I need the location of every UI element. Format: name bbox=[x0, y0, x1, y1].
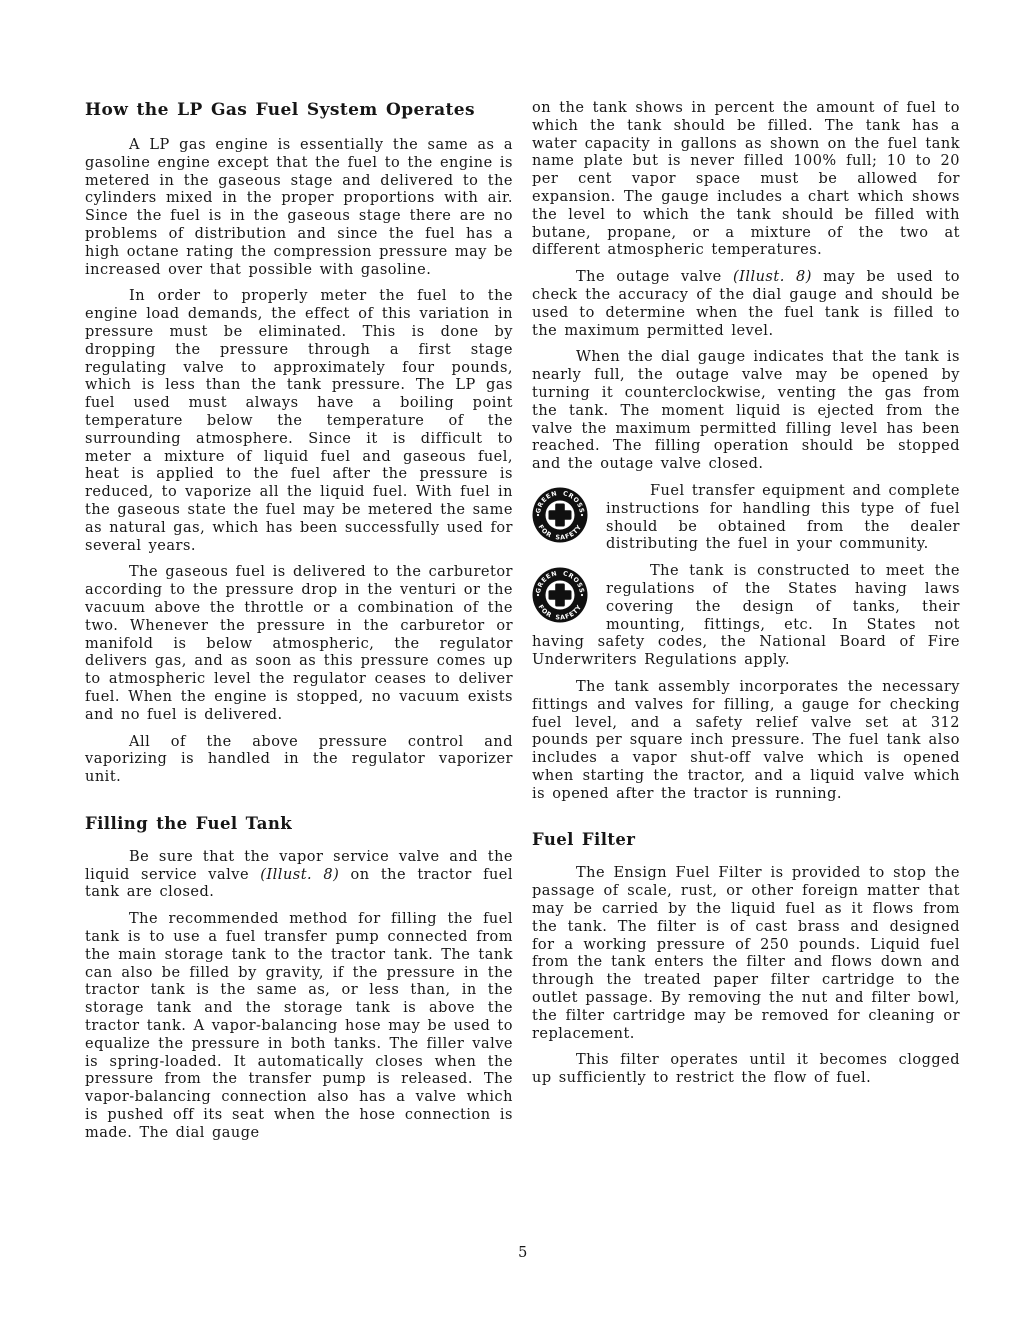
illustration-reference: (Illust. 8) bbox=[733, 269, 812, 285]
paragraph-text: Fuel transfer equipment and complete ins… bbox=[606, 483, 960, 552]
green-cross-safety-icon: GREEN CROSS FOR SAFETY bbox=[532, 487, 588, 543]
left-column: How the LP Gas Fuel System Operates A LP… bbox=[85, 100, 513, 1152]
paragraph-text: The tank is constructed to meet the regu… bbox=[532, 563, 960, 668]
paragraph-lp-engine: A LP gas engine is essentially the same … bbox=[85, 137, 513, 279]
paragraph-dial-gauge-nearly-full: When the dial gauge indicates that the t… bbox=[532, 349, 960, 474]
paragraph-gaseous-fuel-delivery: The gaseous fuel is delivered to the car… bbox=[85, 564, 513, 724]
paragraph-ensign-fuel-filter: The Ensign Fuel Filter is provided to st… bbox=[532, 865, 960, 1043]
manual-page: How the LP Gas Fuel System Operates A LP… bbox=[85, 100, 961, 1152]
illustration-reference: (Illust. 8) bbox=[260, 867, 339, 883]
right-column: on the tank shows in percent the amount … bbox=[532, 100, 960, 1097]
paragraph-regulator-vaporizer: All of the above pressure control and va… bbox=[85, 734, 513, 787]
paragraph-be-sure-valves-closed: Be sure that the vapor service valve and… bbox=[85, 849, 513, 902]
paragraph-meter-fuel: In order to properly meter the fuel to t… bbox=[85, 288, 513, 555]
paragraph-text: The outage valve bbox=[576, 269, 733, 285]
heading-how-lp-gas-fuel-system-operates: How the LP Gas Fuel System Operates bbox=[85, 100, 513, 121]
paragraph-tank-constructed: GREEN CROSS FOR SAFETY The tank is const… bbox=[532, 563, 960, 670]
paragraph-recommended-filling-method: The recommended method for filling the f… bbox=[85, 911, 513, 1142]
paragraph-filter-clogged: This filter operates until it becomes cl… bbox=[532, 1052, 960, 1088]
heading-filling-the-fuel-tank: Filling the Fuel Tank bbox=[85, 814, 513, 834]
two-column-layout: How the LP Gas Fuel System Operates A LP… bbox=[85, 100, 961, 1152]
paragraph-tank-gauge-percent: on the tank shows in percent the amount … bbox=[532, 100, 960, 260]
green-cross-safety-icon: GREEN CROSS FOR SAFETY bbox=[532, 567, 588, 623]
heading-fuel-filter: Fuel Filter bbox=[532, 830, 960, 850]
paragraph-outage-valve: The outage valve (Illust. 8) may be used… bbox=[532, 269, 960, 340]
page-number: 5 bbox=[85, 1245, 961, 1261]
paragraph-tank-assembly: The tank assembly incorporates the neces… bbox=[532, 679, 960, 804]
paragraph-fuel-transfer-equipment: GREEN CROSS FOR SAFETY Fuel transfer equ… bbox=[532, 483, 960, 554]
